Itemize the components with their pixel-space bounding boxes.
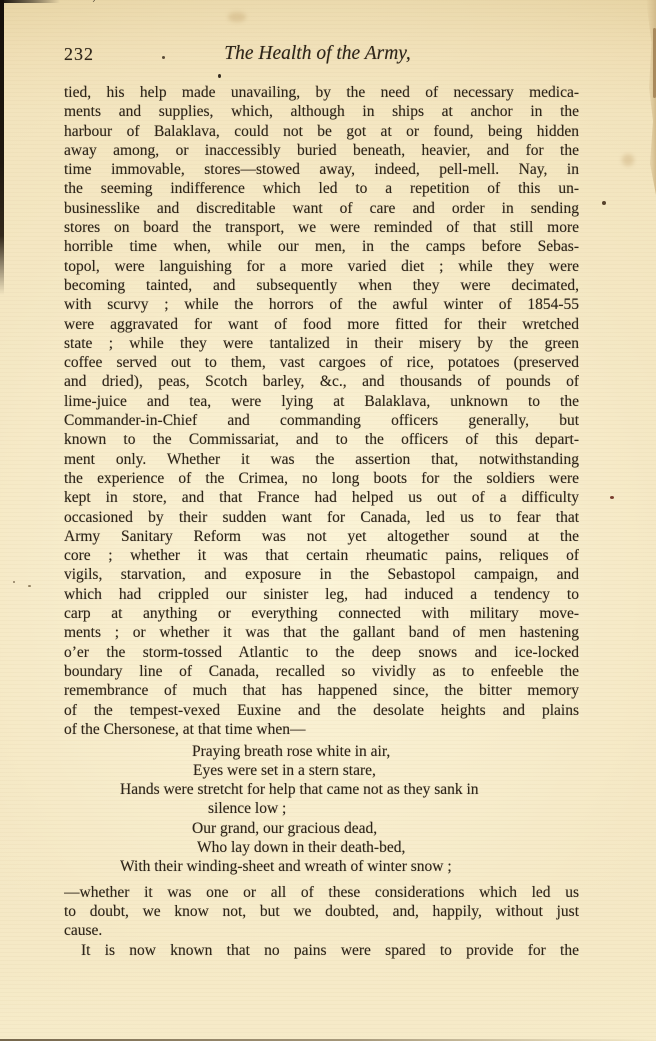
- text-line: known to the Commissariat, and to the of…: [64, 430, 579, 449]
- stray-ink-mark: ’: [91, 0, 98, 13]
- text-line: horrible time when, while our men, in th…: [64, 237, 579, 256]
- paper-speck: [602, 201, 606, 205]
- poem-line: silence low ;: [208, 799, 579, 818]
- text-line: to doubt, we know not, but we doubted, a…: [64, 902, 579, 921]
- text-line: It is now known that no pains were spare…: [64, 941, 579, 960]
- scan-edge-top: [0, 0, 60, 3]
- text-line: the experience of the Crimea, no long bo…: [64, 469, 579, 488]
- paper-stain: [622, 154, 634, 166]
- body-paragraph: tied, his help made unavailing, by the n…: [64, 83, 579, 739]
- poem-line: With their winding-sheet and wreath of w…: [120, 857, 579, 876]
- text-line: carp at anything or everything connected…: [64, 604, 579, 623]
- text-line: coffee served out to them, vast cargoes …: [64, 353, 579, 372]
- text-line: ments and supplies, which, although in s…: [64, 102, 579, 121]
- paper-speck: [218, 74, 221, 78]
- text-line: ment only. Whether it was the assertion …: [64, 450, 579, 469]
- text-line: harbour of Balaklava, could not be got a…: [64, 122, 579, 141]
- next-paragraph: It is now known that no pains were spare…: [64, 941, 579, 960]
- text-line: —whether it was one or all of these cons…: [64, 883, 579, 902]
- text-line: core ; whether it was that certain rheum…: [64, 546, 579, 565]
- text-line: of the Chersonese, at that time when—: [64, 720, 579, 739]
- text-line: away among, or inaccessibly buried benea…: [64, 141, 579, 160]
- text-line: which had crippled our sinister leg, had…: [64, 585, 579, 604]
- poem-line: Our grand, our gracious dead,: [192, 819, 579, 838]
- text-line: ments ; or whether it was that the galla…: [64, 623, 579, 642]
- poem-line: Praying breath rose white in air,: [192, 742, 579, 761]
- poem-line: Who lay down in their death-bed,: [197, 838, 579, 857]
- text-line: businesslike and discreditable want of c…: [64, 199, 579, 218]
- paper-speck: [13, 581, 15, 583]
- text-line: Army Sanitary Reform was not yet altoget…: [64, 527, 579, 546]
- text-line: stores on board the transport, we were r…: [64, 218, 579, 237]
- paper-stain: [228, 12, 246, 22]
- text-line: becoming tainted, and subsequently when …: [64, 276, 579, 295]
- text-line: state ; while they were tantalized in th…: [64, 334, 579, 353]
- text-line: Commander-in-Chief and commanding office…: [64, 411, 579, 430]
- text-line: o’er the storm-tossed Atlantic to the de…: [64, 643, 579, 662]
- text-line: vigils, starvation, and exposure in the …: [64, 565, 579, 584]
- text-column: tied, his help made unavailing, by the n…: [64, 83, 579, 960]
- scan-edge-left: [0, 0, 4, 295]
- text-line: occasioned by their sudden want for Cana…: [64, 508, 579, 527]
- text-line: were aggravated for want of food more fi…: [64, 315, 579, 334]
- text-line: of the tempest-vexed Euxine and the deso…: [64, 701, 579, 720]
- poem-line: Hands were stretcht for help that came n…: [120, 780, 579, 799]
- text-line: with scurvy ; while the horrors of the a…: [64, 295, 579, 314]
- text-line: kept in store, and that France had helpe…: [64, 488, 579, 507]
- paper-speck: [610, 496, 614, 499]
- text-line: remembrance of much that has happened si…: [64, 681, 579, 700]
- text-line: time immovable, stores—stowed away, inde…: [64, 160, 579, 179]
- text-line: boundary line of Canada, recalled so viv…: [64, 662, 579, 681]
- text-line: the seeming indifference which led to a …: [64, 179, 579, 198]
- text-line: cause.: [64, 921, 579, 940]
- page-header: 232 The Health of the Army,: [64, 44, 579, 70]
- poem-block: Praying breath rose white in air, Eyes w…: [64, 742, 579, 877]
- text-line: and dried), peas, Scotch barley, &c., an…: [64, 372, 579, 391]
- text-line: topol, were languishing for a more varie…: [64, 257, 579, 276]
- running-title: The Health of the Army,: [60, 44, 575, 64]
- text-line: lime-juice and tea, were lying at Balakl…: [64, 392, 579, 411]
- text-line: tied, his help made unavailing, by the n…: [64, 83, 579, 102]
- paper-speck: [28, 585, 31, 587]
- scanned-book-page: ’ 232 The Health of the Army, tied, his …: [0, 0, 656, 1041]
- closing-paragraph: —whether it was one or all of these cons…: [64, 883, 579, 941]
- poem-line: Eyes were set in a stern stare,: [193, 761, 579, 780]
